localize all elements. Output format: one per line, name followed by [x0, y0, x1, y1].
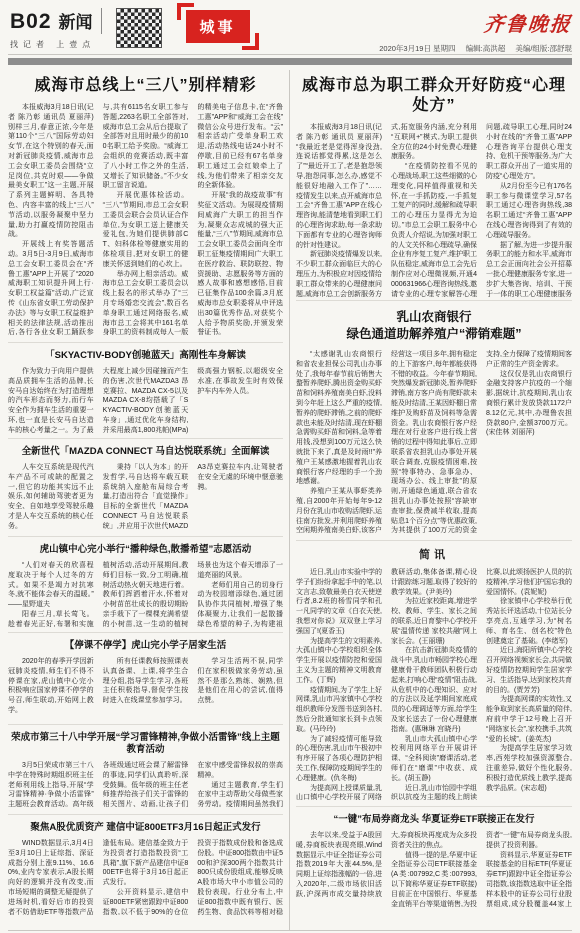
article-body: 近日,乳山市实验中学的学子们纷纷拿起手中的笔,以文言志,致敬最美白衣天使逆行者,… [296, 568, 572, 806]
article-paragraph: 所有任课教师按照课表认真备课、上课,将学生合理分组,指导学生学习,各班主任积极指… [103, 657, 189, 706]
article-paragraph: 开展优惠体检活动。“三八”节期间,市总工会女职工委员会联合会员认证合作单位,为女… [103, 191, 189, 269]
article-headline: 「SKYACTIV-BODY创驰蓝天」高刚性车身解读 [8, 350, 283, 362]
article: 威海市总线上“三八”别样精彩本报威海3月18日讯(记者 陈乃彰 通讯员 夏丽萍)… [8, 70, 283, 342]
article-body: 3月5日荣成市第三十八中学在特殊时期组织班主任老师利用线上指导,开展“学习雷锋精… [8, 761, 283, 814]
article: 全新世代「MAZDA CONNECT 马自达悦联系统」全面解读人车交互系统是现代… [8, 438, 283, 536]
article-paragraph: “太感谢乳山农商银行和省农业担保公司乳山办事处了,我每年春节前后销售大螯暂养爬虾… [296, 350, 382, 487]
article-paragraph: 为提高网课的实效性,又能争取到家长高质量的陪伴,府前中学于12号晚上召开“网络家… [486, 695, 572, 744]
article-paragraph: 为拉近家校距离,增进学校、教师、学生、家长之间的联系,近日育黎中心学校开展“温情… [391, 597, 477, 646]
article: 【停课不停学】虎山完小学子居家生活2020年的春季开学因新冠肺炎疫情,师生们不得… [8, 632, 283, 724]
article-paragraph: 疫情期间,为了学生上好网课,乳山市冯家镇中心学校组织教师分发图书送到各村,然后分… [296, 686, 382, 735]
date-text: 2020年3月19日 星期四 [379, 44, 455, 53]
left-column: 威海市总线上“三八”别样精彩本报威海3月18日讯(记者 陈乃彰 通讯员 夏丽萍)… [8, 70, 290, 931]
article-body: 作为致力于向用户提供高品质拥车生活的品牌,长安马自达始终在为打造理想的汽车形态而… [8, 367, 283, 438]
article-paragraph: 为提高学生的文明素养,大孤山镇中心学校组织全体学生开展以疫情防控和爱国主义为主题… [296, 637, 382, 686]
article-paragraph: 开展“我的战疫故事”有奖征文活动。为展现疫情期间威海广大职工的担当作为,凝聚众志… [197, 191, 283, 338]
qr-code-icon [116, 8, 162, 48]
article: 简讯近日,乳山市实验中学的学子们纷纷拿起手中的笔,以文言志,致敬最美白衣天使逆行… [296, 540, 572, 806]
article-paragraph: 为提高学生居家学习效率,西苑学校加强资源整合,注重差异,做好个性化服务,积极打造… [486, 744, 572, 793]
article: 「SKYACTIV-BODY创驰蓝天」高刚性车身解读作为致力于向用户提供高品质拥… [8, 342, 283, 438]
article-body: WIND数据显示,3月4日至3月10日上证综指、深证成指分别上涨9.11%、16… [8, 839, 283, 922]
article-body: 本报威海3月18日讯(记者 陈乃彰 通讯员 夏丽萍) 别样三月,春意正浓,今年是… [8, 103, 283, 342]
section-tab-wrap: 城事 [186, 10, 250, 43]
article-headline: “一键”布局券商龙头 华夏证券ETF联接正在发行 [296, 814, 572, 826]
article-paragraph: 人车交互系统是现代汽车产品不可或缺的配置之一,但它的功能其实远不止娱乐,如何辅助… [8, 463, 94, 532]
header-bar [8, 58, 572, 65]
header-rule [8, 54, 572, 55]
article-paragraph: 近日,乳山市实验中学的学子们纷纷拿起手中的笔,以文言志,致敬最美白衣天使逆行者,… [296, 568, 382, 637]
article-headline: 荣成市第三十八中学开展“学习雷锋精神,争做小活雷锋”线上主题教育活动 [8, 732, 283, 756]
article-headline: 全新世代「MAZDA CONNECT 马自达悦联系统」全面解读 [8, 446, 283, 458]
article-paragraph: 2020年的春季开学因新冠肺炎疫情,师生们不得不停课在家,虎山镇中心完小积极响应… [8, 657, 94, 716]
article-headline: 【停课不停学】虎山完小学子居家生活 [8, 640, 283, 652]
article-paragraph: 这仅仅是乳山农商银行金融支持客户抗疫的一个缩影,据统计,抗疫期间,乳山农商银行累… [486, 370, 572, 439]
page-number: B02 [10, 10, 52, 34]
article-headline: 乳山农商银行绿色通道助解养殖户“滞销难题” [296, 309, 572, 343]
article-paragraph: 近日,海阳所镇中心学校召开网络视频家长会,共同做好疫情防控期间学生居家学习、生活… [486, 646, 572, 695]
article: 乳山农商银行绿色通道助解养殖户“滞销难题”“太感谢乳山农商银行和省农业担保公司乳… [296, 300, 572, 540]
tagline: 找记者 上壹点 [10, 39, 102, 50]
article-body: 2020年的春季开学因新冠肺炎疫情,师生们不得不停课在家,虎山镇中心完小积极响应… [8, 657, 283, 724]
article-headline: 虎山镇中心完小举行“播种绿色,散播希望”志愿活动 [8, 544, 283, 556]
masthead-logo: 齐鲁晚报 [482, 8, 573, 37]
article: 威海市总为职工群众开好防疫“心理处方”本报威海3月18日讯(记者 陈乃彰 通讯员… [296, 70, 572, 300]
masthead-block: 齐鲁晚报 2020年3月19日 星期四 编辑:高洪超 美编/组版:邵舒琨 [371, 8, 572, 54]
page-id-block: B02 新闻 找记者 上壹点 [10, 8, 102, 50]
article-paragraph: 本报威海3月18日讯(记者 陈乃彰 通讯员 夏丽萍) 别样三月,春意正浓,今年是… [8, 103, 94, 240]
article-body: 人车交互系统是现代汽车产品不可或缺的配置之一,但它的功能其实远不止娱乐,如何辅助… [8, 463, 283, 536]
section-name: 新闻 [59, 8, 93, 33]
article-paragraph: 乳山市大孤山镇中心学校利用网络平台开展讲评课、“全科阅读”磨课活动,老师们在“磨… [391, 735, 477, 784]
article-body: “太感谢乳山农商银行和省农业担保公司乳山办事处了,我每年春节前后销售大螯暂养爬虾… [296, 350, 572, 540]
article-paragraph: 为了减轻疫情可能导致的心理伤害,乳山市午极初中有序开展了各项心理防护相关工作,保… [296, 735, 382, 784]
editor-text: 编辑:高洪超 [466, 44, 506, 53]
article-paragraph: 从2月份至今已有176名职工参与微课堂学习,57名职工通过心理咨询热线,38名职… [486, 182, 572, 241]
page-body: 威海市总线上“三八”别样精彩本报威海3月18日讯(记者 陈乃彰 通讯员 夏丽萍)… [0, 65, 580, 931]
dateline: 2020年3月19日 星期四 编辑:高洪超 美编/组版:邵舒琨 [371, 43, 572, 54]
article-headline: 聚焦A股优质资产 建信中证800ETF3月16日起正式发行 [8, 822, 283, 834]
article-headline: 威海市总为职工群众开好防疫“心理处方” [296, 76, 572, 116]
article-paragraph: 学习生活两不误,同学们在家积极做家务劳动,虽然不是那么熟练、娴熟,但是他们在用心… [197, 657, 283, 706]
article-paragraph: “人们对春天的欣喜程度取决于每个人过冬的方式。如果不是竭力对抗寒冬,就不能体会春… [8, 561, 94, 610]
article-body: “人们对春天的欣喜程度取决于每个人过冬的方式。如果不是竭力对抗寒冬,就不能体会春… [8, 561, 283, 632]
article-paragraph: 秉持「以人为本」的开发哲学,马自达将车载互联系统纳入座舱布局综合考量,打造出符合… [103, 463, 283, 536]
article: 荣成市第三十八中学开展“学习雷锋精神,争做小活雷锋”线上主题教育活动3月5日荣成… [8, 724, 283, 814]
article: 虎山镇中心完小举行“播种绿色,散播希望”志愿活动“人们对春天的欣喜程度取决于每个… [8, 536, 283, 632]
article-body: 去年以来,受益于A股回暖,券商板块表现亮眼,Wind数据显示,中证全指证券公司指… [296, 831, 572, 918]
right-column: 威海市总为职工群众开好防疫“心理处方”本报威海3月18日讯(记者 陈乃彰 通讯员… [290, 70, 572, 931]
article-paragraph: 作为致力于向用户提供高品质拥车生活的品牌,长安马自达始终在为打造理想的汽车形态而… [8, 367, 283, 438]
article-headline: 简讯 [296, 549, 572, 562]
article-headline: 威海市总线上“三八”别样精彩 [8, 76, 283, 96]
page-header: B02 新闻 找记者 上壹点 城事 齐鲁晚报 2020年3月19日 星期四 编辑… [0, 0, 580, 52]
article-paragraph: 徐家镇中心学校举行优秀站长评选活动,十位站长分享亮点,互通学习,为“树名师、育名… [486, 597, 572, 646]
article-paragraph: 在抗击新冠肺炎疫情的战斗中,乳山市畅园学校心理健康骨干教师团队积极行动起来,打响… [391, 646, 477, 734]
article: 聚焦A股优质资产 建信中证800ETF3月16日起正式发行WIND数据显示,3月… [8, 814, 283, 922]
article-paragraph: 本报威海3月18日讯(记者 陈乃彰 通讯员 夏丽萍) “我最近老是觉得浑身没劲,… [296, 123, 382, 250]
art-editor-text: 美编/组版:邵舒琨 [515, 44, 572, 53]
article-body: 本报威海3月18日讯(记者 陈乃彰 通讯员 夏丽萍) “我最近老是觉得浑身没劲,… [296, 123, 572, 300]
newspaper-page: B02 新闻 找记者 上壹点 城事 齐鲁晚报 2020年3月19日 星期四 编辑… [0, 0, 580, 933]
section-tab: 城事 [186, 10, 250, 43]
article: “一键”布局券商龙头 华夏证券ETF联接正在发行去年以来,受益于A股回暖,券商板… [296, 806, 572, 918]
